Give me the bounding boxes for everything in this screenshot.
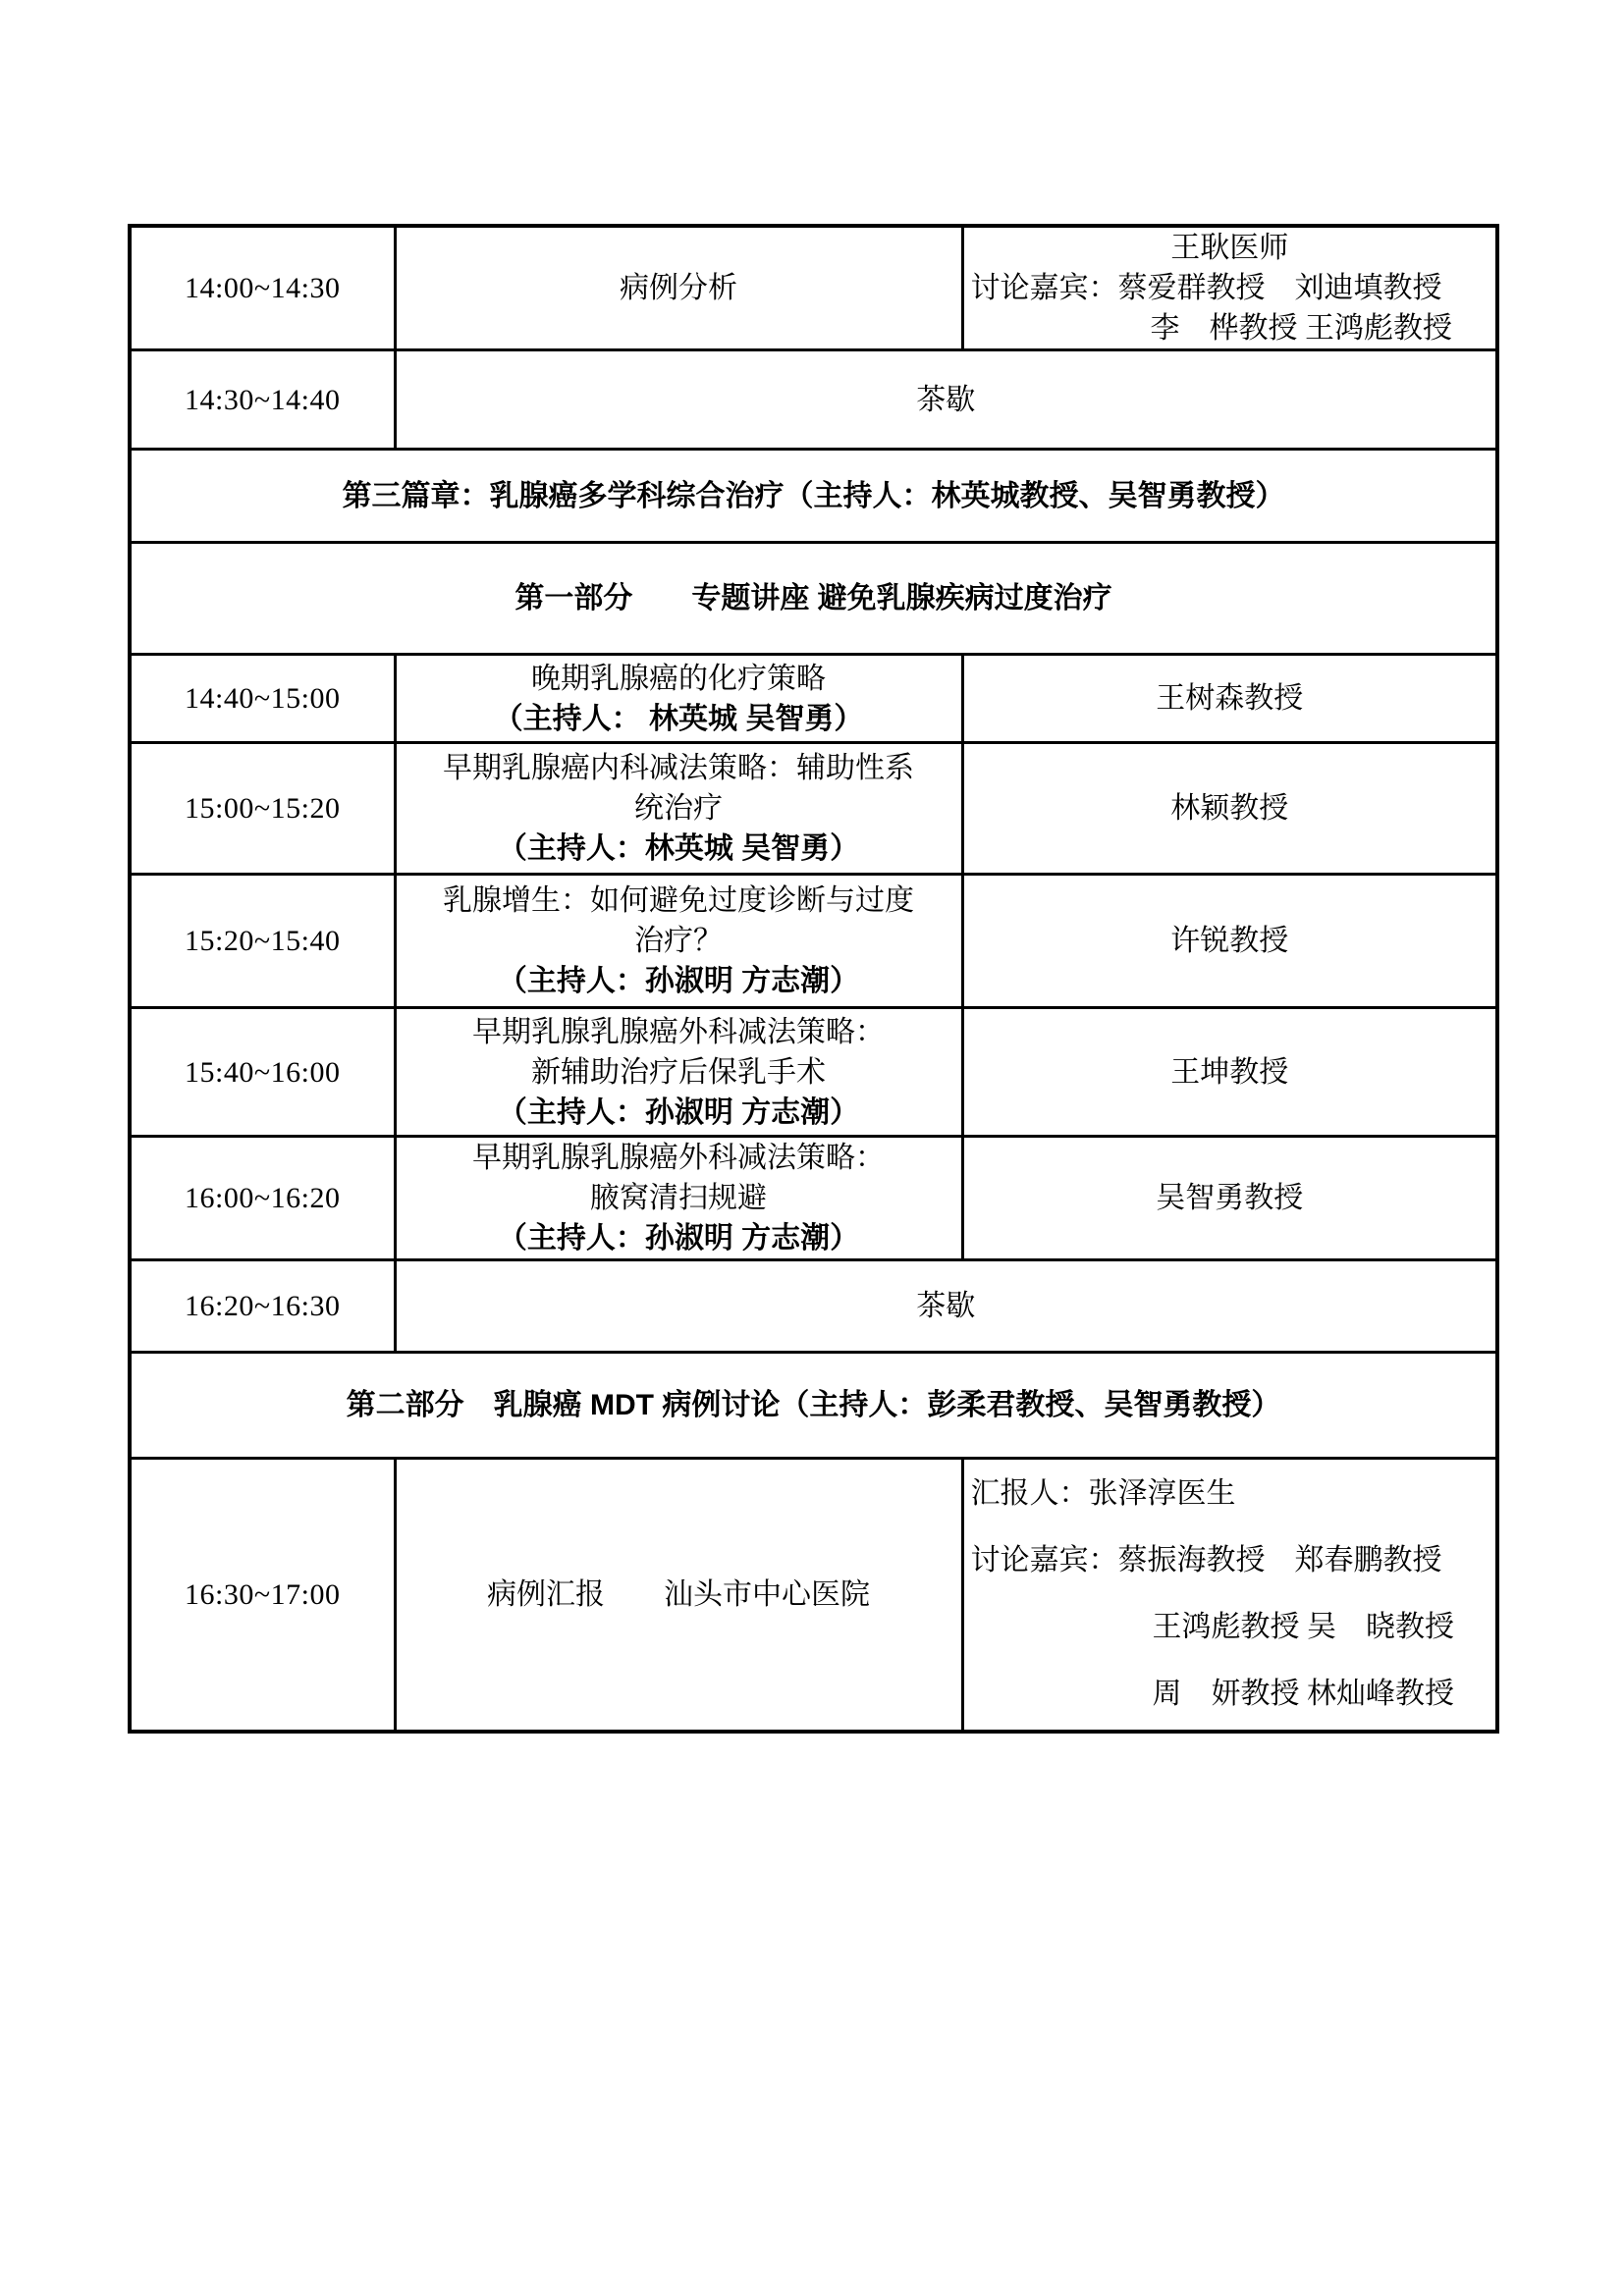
guests-line: 周 妍教授 林灿峰教授 bbox=[964, 1661, 1496, 1728]
topic-cell: 病例分析 bbox=[395, 226, 962, 350]
speaker-cell: 王树森教授 bbox=[962, 655, 1497, 743]
time-cell: 16:00~16:20 bbox=[130, 1137, 395, 1260]
topic-cell: 乳腺增生：如何避免过度诊断与过度 治疗？ （主持人：孙淑明 方志潮） bbox=[395, 875, 962, 1008]
topic-line: 新辅助治疗后保乳手术 bbox=[397, 1052, 961, 1093]
host-line: （主持人：孙淑明 方志潮） bbox=[397, 1218, 961, 1258]
topic-cell: 早期乳腺乳腺癌外科减法策略： 新辅助治疗后保乳手术 （主持人：孙淑明 方志潮） bbox=[395, 1008, 962, 1137]
topic-line: 腋窝清扫规避 bbox=[397, 1178, 961, 1218]
row-tea-break-2: 16:20~16:30 茶歇 bbox=[130, 1260, 1497, 1353]
speaker-cell: 许锐教授 bbox=[962, 875, 1497, 1008]
row-lecture-2: 15:00~15:20 早期乳腺癌内科减法策略：辅助性系 统治疗 （主持人：林英… bbox=[130, 743, 1497, 875]
time-cell: 14:40~15:00 bbox=[130, 655, 395, 743]
host-line: （主持人：林英城 吴智勇） bbox=[397, 828, 961, 869]
break-label-cell: 茶歇 bbox=[395, 350, 1497, 450]
topic-line: 统治疗 bbox=[397, 788, 961, 828]
row-tea-break-1: 14:30~14:40 茶歇 bbox=[130, 350, 1497, 450]
speaker-line: 王耿医师 bbox=[964, 228, 1496, 268]
topic-cell: 早期乳腺乳腺癌外科减法策略： 腋窝清扫规避 （主持人：孙淑明 方志潮） bbox=[395, 1137, 962, 1260]
time-cell: 15:40~16:00 bbox=[130, 1008, 395, 1137]
host-line: （主持人： 林英城 吴智勇） bbox=[397, 699, 961, 739]
guests-line: 讨论嘉宾：蔡爱群教授 刘迪填教授 bbox=[964, 268, 1496, 308]
row-lecture-5: 16:00~16:20 早期乳腺乳腺癌外科减法策略： 腋窝清扫规避 （主持人：孙… bbox=[130, 1137, 1497, 1260]
section-title: 第二部分 乳腺癌 MDT 病例讨论（主持人：彭柔君教授、吴智勇教授） bbox=[130, 1353, 1497, 1459]
section-title: 第三篇章：乳腺癌多学科综合治疗（主持人：林英城教授、吴智勇教授） bbox=[130, 450, 1497, 543]
topic-line: 早期乳腺乳腺癌外科减法策略： bbox=[397, 1012, 961, 1052]
section-chapter-3: 第三篇章：乳腺癌多学科综合治疗（主持人：林英城教授、吴智勇教授） bbox=[130, 450, 1497, 543]
speaker-cell: 王耿医师 讨论嘉宾：蔡爱群教授 刘迪填教授 李 桦教授 王鸿彪教授 bbox=[962, 226, 1497, 350]
guests-line: 李 桦教授 王鸿彪教授 bbox=[964, 308, 1496, 348]
reporter-line: 汇报人：张泽淳医生 bbox=[964, 1461, 1496, 1527]
topic-cell: 晚期乳腺癌的化疗策略 （主持人： 林英城 吴智勇） bbox=[395, 655, 962, 743]
row-case-analysis: 14:00~14:30 病例分析 王耿医师 讨论嘉宾：蔡爱群教授 刘迪填教授 李… bbox=[130, 226, 1497, 350]
guests-line: 王鸿彪教授 吴 晓教授 bbox=[964, 1594, 1496, 1661]
topic-line: 治疗？ bbox=[397, 921, 961, 961]
topic-line: 早期乳腺癌内科减法策略：辅助性系 bbox=[397, 748, 961, 788]
topic-line: 晚期乳腺癌的化疗策略 bbox=[397, 659, 961, 699]
speaker-cell: 吴智勇教授 bbox=[962, 1137, 1497, 1260]
row-lecture-3: 15:20~15:40 乳腺增生：如何避免过度诊断与过度 治疗？ （主持人：孙淑… bbox=[130, 875, 1497, 1008]
schedule-table: 14:00~14:30 病例分析 王耿医师 讨论嘉宾：蔡爱群教授 刘迪填教授 李… bbox=[128, 224, 1499, 1734]
row-lecture-1: 14:40~15:00 晚期乳腺癌的化疗策略 （主持人： 林英城 吴智勇） 王树… bbox=[130, 655, 1497, 743]
time-cell: 14:30~14:40 bbox=[130, 350, 395, 450]
guests-line: 讨论嘉宾：蔡振海教授 郑春鹏教授 bbox=[964, 1527, 1496, 1594]
speaker-cell: 王坤教授 bbox=[962, 1008, 1497, 1137]
topic-line: 早期乳腺乳腺癌外科减法策略： bbox=[397, 1138, 961, 1178]
topic-cell: 早期乳腺癌内科减法策略：辅助性系 统治疗 （主持人：林英城 吴智勇） bbox=[395, 743, 962, 875]
section-part-1: 第一部分 专题讲座 避免乳腺疾病过度治疗 bbox=[130, 543, 1497, 655]
time-cell: 15:00~15:20 bbox=[130, 743, 395, 875]
time-cell: 15:20~15:40 bbox=[130, 875, 395, 1008]
row-lecture-4: 15:40~16:00 早期乳腺乳腺癌外科减法策略： 新辅助治疗后保乳手术 （主… bbox=[130, 1008, 1497, 1137]
break-label-cell: 茶歇 bbox=[395, 1260, 1497, 1353]
host-line: （主持人：孙淑明 方志潮） bbox=[397, 1093, 961, 1133]
speaker-cell: 林颖教授 bbox=[962, 743, 1497, 875]
time-cell: 16:20~16:30 bbox=[130, 1260, 395, 1353]
time-cell: 16:30~17:00 bbox=[130, 1459, 395, 1732]
time-cell: 14:00~14:30 bbox=[130, 226, 395, 350]
topic-cell: 病例汇报 汕头市中心医院 bbox=[395, 1459, 962, 1732]
section-part-2: 第二部分 乳腺癌 MDT 病例讨论（主持人：彭柔君教授、吴智勇教授） bbox=[130, 1353, 1497, 1459]
topic-line: 乳腺增生：如何避免过度诊断与过度 bbox=[397, 881, 961, 921]
section-title: 第一部分 专题讲座 避免乳腺疾病过度治疗 bbox=[130, 543, 1497, 655]
row-mdt-case: 16:30~17:00 病例汇报 汕头市中心医院 汇报人：张泽淳医生 讨论嘉宾：… bbox=[130, 1459, 1497, 1732]
host-line: （主持人：孙淑明 方志潮） bbox=[397, 961, 961, 1001]
speaker-cell: 汇报人：张泽淳医生 讨论嘉宾：蔡振海教授 郑春鹏教授 王鸿彪教授 吴 晓教授 周… bbox=[962, 1459, 1497, 1732]
